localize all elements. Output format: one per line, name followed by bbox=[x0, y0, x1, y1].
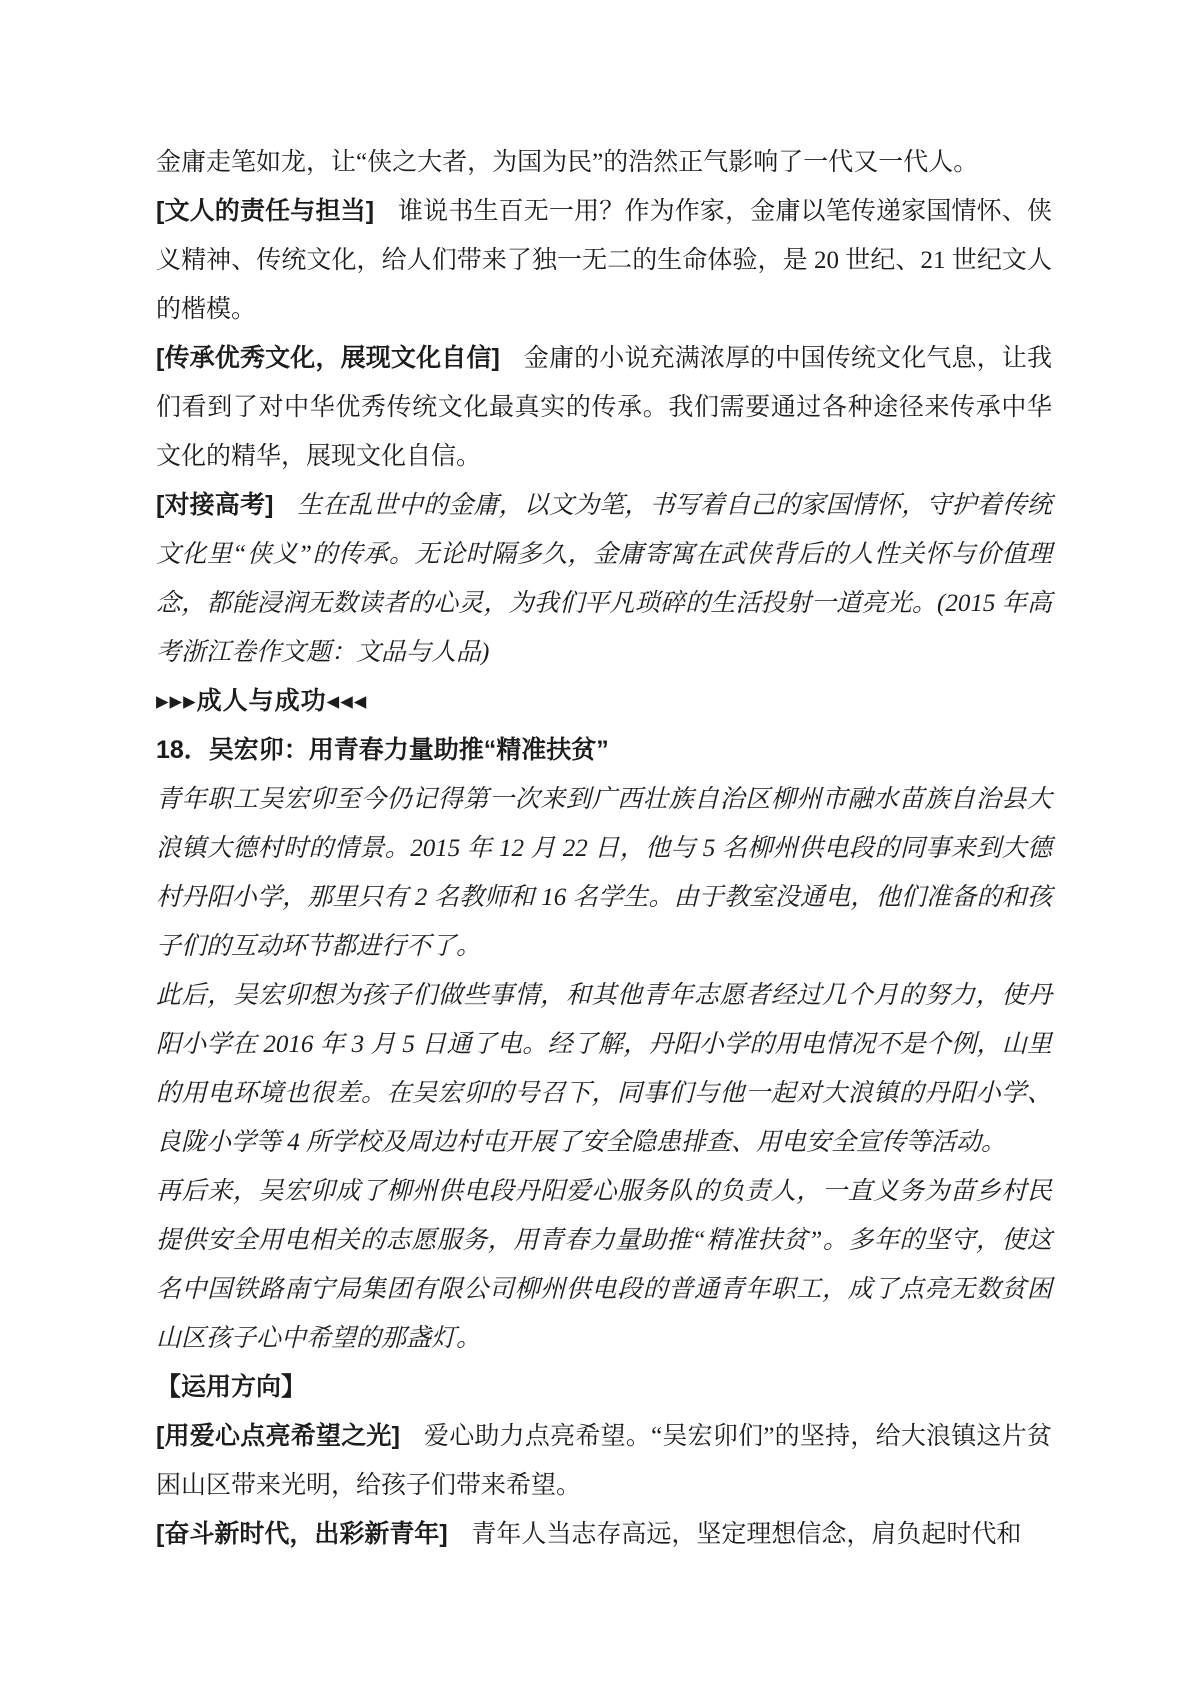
paragraph-text: 生在乱世中的金庸，以文为笔，书写着自己的家国情怀，守护着传统文化里“侠义”的传承… bbox=[156, 492, 1052, 666]
paragraph-wenren-zeren: [文人的责任与担当]谁说书生百无一用？作为作家，金庸以笔传递家国情怀、侠义精神、… bbox=[156, 187, 1052, 334]
paragraph-story-volunteer: 再后来，吴宏卯成了柳州供电段丹阳爱心服务队的负责人，一直义务为苗乡村民提供安全用… bbox=[156, 1167, 1052, 1363]
paragraph-chuancheng-wenhua: [传承优秀文化，展现文化自信]金庸的小说充满浓厚的中国传统文化气息，让我们看到了… bbox=[156, 334, 1052, 481]
document-page: 金庸走笔如龙，让“侠之大者，为国为民”的浩然正气影响了一代又一代人。 [文人的责… bbox=[0, 0, 1200, 1698]
tag-label-duijie: [对接高考] bbox=[156, 491, 273, 519]
paragraph-jinyong-intro: 金庸走笔如龙，让“侠之大者，为国为民”的浩然正气影响了一代又一代人。 bbox=[156, 138, 1052, 187]
paragraph-story-electricity: 此后，吴宏卯想为孩子们做些事情，和其他青年志愿者经过几个月的努力，使丹阳小学在 … bbox=[156, 971, 1052, 1167]
usage-direction-heading: 【运用方向】 bbox=[156, 1363, 1052, 1412]
item-heading-18-wuhongmao: 18．吴宏卯：用青春力量助推“精准扶贫” bbox=[156, 726, 1052, 775]
section-heading-chengren-chenggong: ▸▸▸成人与成功◂◂◂ bbox=[156, 677, 1052, 726]
tag-label-chuancheng: [传承优秀文化，展现文化自信] bbox=[156, 344, 500, 372]
paragraph-story-first-visit: 青年职工吴宏卯至今仍记得第一次来到广西壮族自治区柳州市融水苗族自治县大浪镇大德村… bbox=[156, 775, 1052, 971]
paragraph-aixin-xiwang: [用爱心点亮希望之光]爱心助力点亮希望。“吴宏卯们”的坚持，给大浪镇这片贫困山区… bbox=[156, 1412, 1052, 1510]
paragraph-duijie-gaokao: [对接高考]生在乱世中的金庸，以文为笔，书写着自己的家国情怀，守护着传统文化里“… bbox=[156, 481, 1052, 677]
tag-label-wenren: [文人的责任与担当] bbox=[156, 197, 374, 225]
text-block: 金庸走笔如龙，让“侠之大者，为国为民”的浩然正气影响了一代又一代人。 [文人的责… bbox=[156, 138, 1052, 1559]
tag-label-aixin: [用爱心点亮希望之光] bbox=[156, 1422, 400, 1450]
paragraph-fendou-xinshidai: [奋斗新时代，出彩新青年]青年人当志存高远，坚定理想信念，肩负起时代和 bbox=[156, 1510, 1052, 1559]
paragraph-text: 青年人当志存高远，坚定理想信念，肩负起时代和 bbox=[471, 1521, 1021, 1548]
tag-label-fendou: [奋斗新时代，出彩新青年] bbox=[156, 1520, 448, 1548]
